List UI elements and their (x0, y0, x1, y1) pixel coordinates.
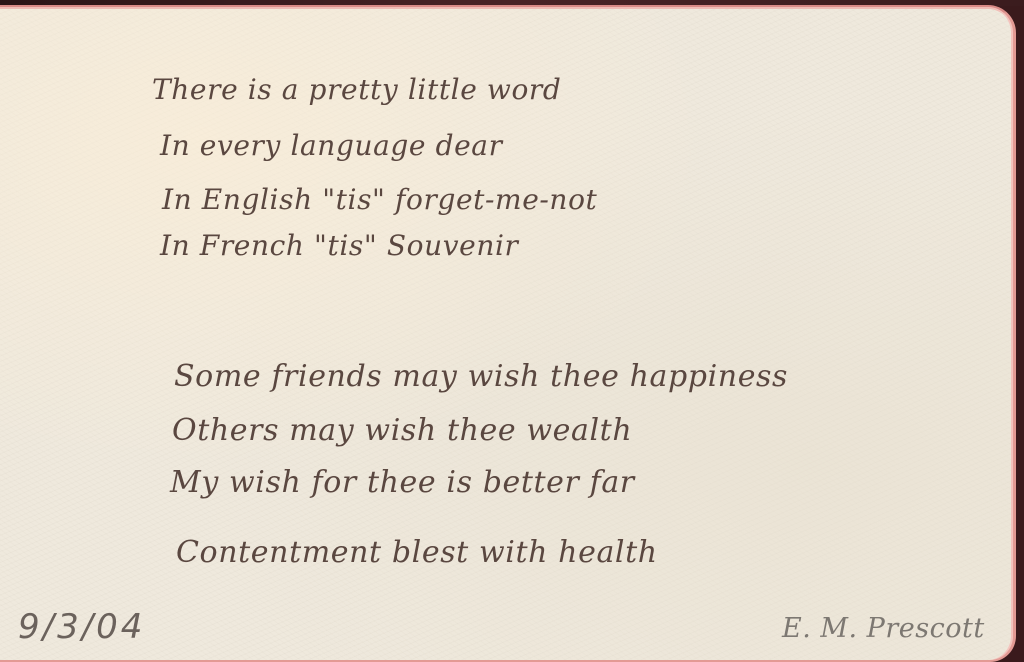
verse-line: Some friends may wish thee happiness (174, 359, 788, 394)
verse-line: In every language dear (160, 129, 503, 162)
verse-line: Contentment blest with health (176, 535, 658, 570)
verse-line: My wish for thee is better far (170, 465, 635, 500)
verse-line: In English "tis" forget-me-not (162, 183, 597, 216)
album-page: There is a pretty little word In every l… (0, 5, 1016, 662)
signature: E. M. Prescott (782, 613, 985, 644)
entry-date: 9/3/04 (18, 607, 145, 647)
verse-line: There is a pretty little word (152, 73, 561, 106)
verse-line: Others may wish thee wealth (172, 413, 632, 448)
verse-line: In French "tis" Souvenir (160, 229, 519, 262)
